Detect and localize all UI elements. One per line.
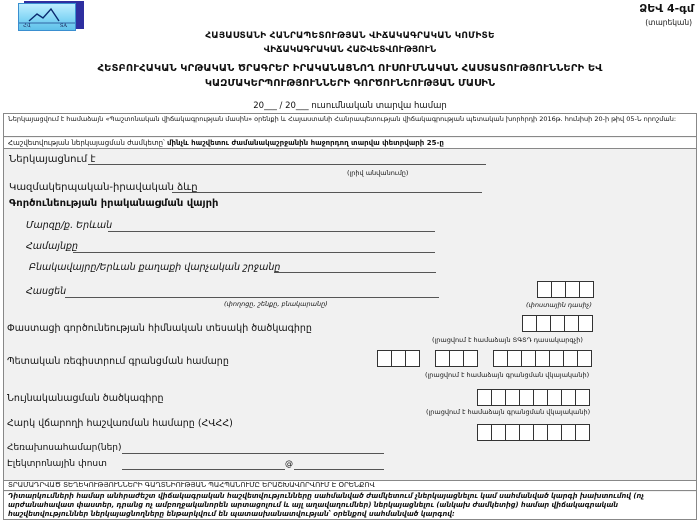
confidentiality-title: ՏՐԱՄԱԴՐՎԱԾ ՏԵՂԵԿՈՒԹՅՈՒՆՆԵՐԻ ԳԱՂՏՆԻՈՒԹՅԱՆ… bbox=[4, 480, 696, 491]
presenter-label: Ներկայացնում է bbox=[9, 154, 96, 165]
community-label: Համայնքը bbox=[26, 241, 78, 252]
phone-input-line[interactable] bbox=[122, 453, 384, 454]
settlement-input-line[interactable] bbox=[274, 272, 436, 273]
presenter-input-line[interactable] bbox=[88, 164, 486, 165]
email-domain-input-line[interactable] bbox=[294, 469, 384, 470]
registry-number-hint: (լրացվում է համաձայն գրանցման վկայականի) bbox=[425, 371, 589, 379]
region-input-line[interactable] bbox=[108, 231, 435, 232]
deadline-label: Հաշվետվության ներկայացման ժամկետը՝ bbox=[8, 139, 165, 147]
activity-code-boxes[interactable] bbox=[522, 315, 593, 332]
settlement-label: Բնակավայրը/Երևան քաղաքի վարչական շրջանը bbox=[29, 262, 280, 273]
address-label: Հասցեն bbox=[26, 286, 66, 297]
email-user-input-line[interactable] bbox=[122, 469, 285, 470]
activity-code-label: Փաստացի գործունեության հիմնական տեսակի ծ… bbox=[7, 323, 312, 334]
legal-form-input-line[interactable] bbox=[172, 192, 482, 193]
location-section-title: Գործունեության իրականացման վայրի bbox=[9, 198, 218, 209]
registry-number-label: Պետական ռեգիստրում գրանցման համարը bbox=[7, 356, 229, 367]
identification-code-boxes[interactable] bbox=[477, 389, 590, 406]
registry-number-boxes-group-2[interactable] bbox=[435, 350, 478, 367]
academic-year-line: 20___ / 20___ ուսումնական տարվա համար bbox=[0, 101, 700, 111]
submission-deadline: Հաշվետվության ներկայացման ժամկետը՝ մինչև… bbox=[4, 138, 696, 149]
registry-number-boxes-group-3[interactable] bbox=[493, 350, 592, 367]
form-period: (տարեկան) bbox=[645, 18, 692, 27]
logo-left-label: ՀՎ bbox=[23, 23, 31, 29]
phone-label: Հեռախոսահամար(ներ) bbox=[7, 443, 122, 453]
identification-code-hint: (լրացվում է համաձայն գրանցման վկայականի) bbox=[426, 408, 590, 416]
identification-code-label: Նույնականացման ծածկագիրը bbox=[7, 393, 163, 404]
header-line-2: ՎԻՃԱԿԱԳՐԱԿԱՆ ՀԱՇՎԵՏՎՈՒԹՅՈՒՆ bbox=[0, 45, 700, 55]
tin-boxes[interactable] bbox=[477, 424, 590, 441]
legal-notice: Ներկայացվում է համաձայն «Պաշտոնական վիճա… bbox=[4, 114, 696, 137]
region-label: Մարզը/ք. Երևան bbox=[26, 220, 112, 231]
postal-code-boxes[interactable] bbox=[537, 281, 594, 298]
deadline-value: մինչև հաշվետու ժամանակաշրջանին հաջորդող … bbox=[167, 139, 444, 147]
tin-label: Հարկ վճարողի հաշվառման համարը (ՀՎՀՀ) bbox=[7, 418, 233, 429]
address-input-line[interactable] bbox=[65, 297, 439, 298]
activity-code-hint: (լրացվում է համաձայն ՏԳՏԴ դասակարգչի) bbox=[432, 336, 583, 344]
header-title-line-2: ԿԱԶՄԱԿԵՐՊՈՒԹՅՈՒՆՆԵՐԻ ԳՈՐԾՈՒՆԵՈՒԹՅԱՆ ՄԱՍԻ… bbox=[0, 78, 700, 89]
postal-code-hint: (փոստային դասիչ) bbox=[526, 301, 592, 309]
statistics-committee-logo: ՀՎ SA bbox=[18, 1, 84, 31]
liability-notice: Դիտարկումների համար անհրաժեշտ վիճակագրակ… bbox=[4, 492, 696, 519]
email-at-sign: @ bbox=[285, 459, 293, 468]
header-title-line-1: ՀԵՏԲՈՒՀԱԿԱՆ ԿՐԹԱԿԱՆ ԾՐԱԳՐԵՐ ԻՐԱԿԱՆԱՑՆՈՂ … bbox=[0, 63, 700, 74]
legal-form-label: Կազմակերպական-իրավական ձևը bbox=[9, 182, 198, 193]
address-hint: (փողոցը, շենքը, բնակարանը) bbox=[224, 300, 328, 308]
logo-right-label: SA bbox=[60, 23, 67, 29]
email-label: Էլեկտրոնային փոստ bbox=[7, 459, 107, 469]
presenter-hint: (լրիվ անվանումը) bbox=[347, 169, 408, 177]
registry-number-boxes-group-1[interactable] bbox=[377, 350, 420, 367]
header-line-1: ՀԱՅԱՍՏԱՆԻ ՀԱՆՐԱՊԵՏՈՒԹՅԱՆ ՎԻՃԱԿԱԳՐԱԿԱՆ ԿՈ… bbox=[0, 31, 700, 41]
form-code: ՁԵՎ 4-գմ bbox=[639, 2, 694, 15]
community-input-line[interactable] bbox=[73, 252, 435, 253]
